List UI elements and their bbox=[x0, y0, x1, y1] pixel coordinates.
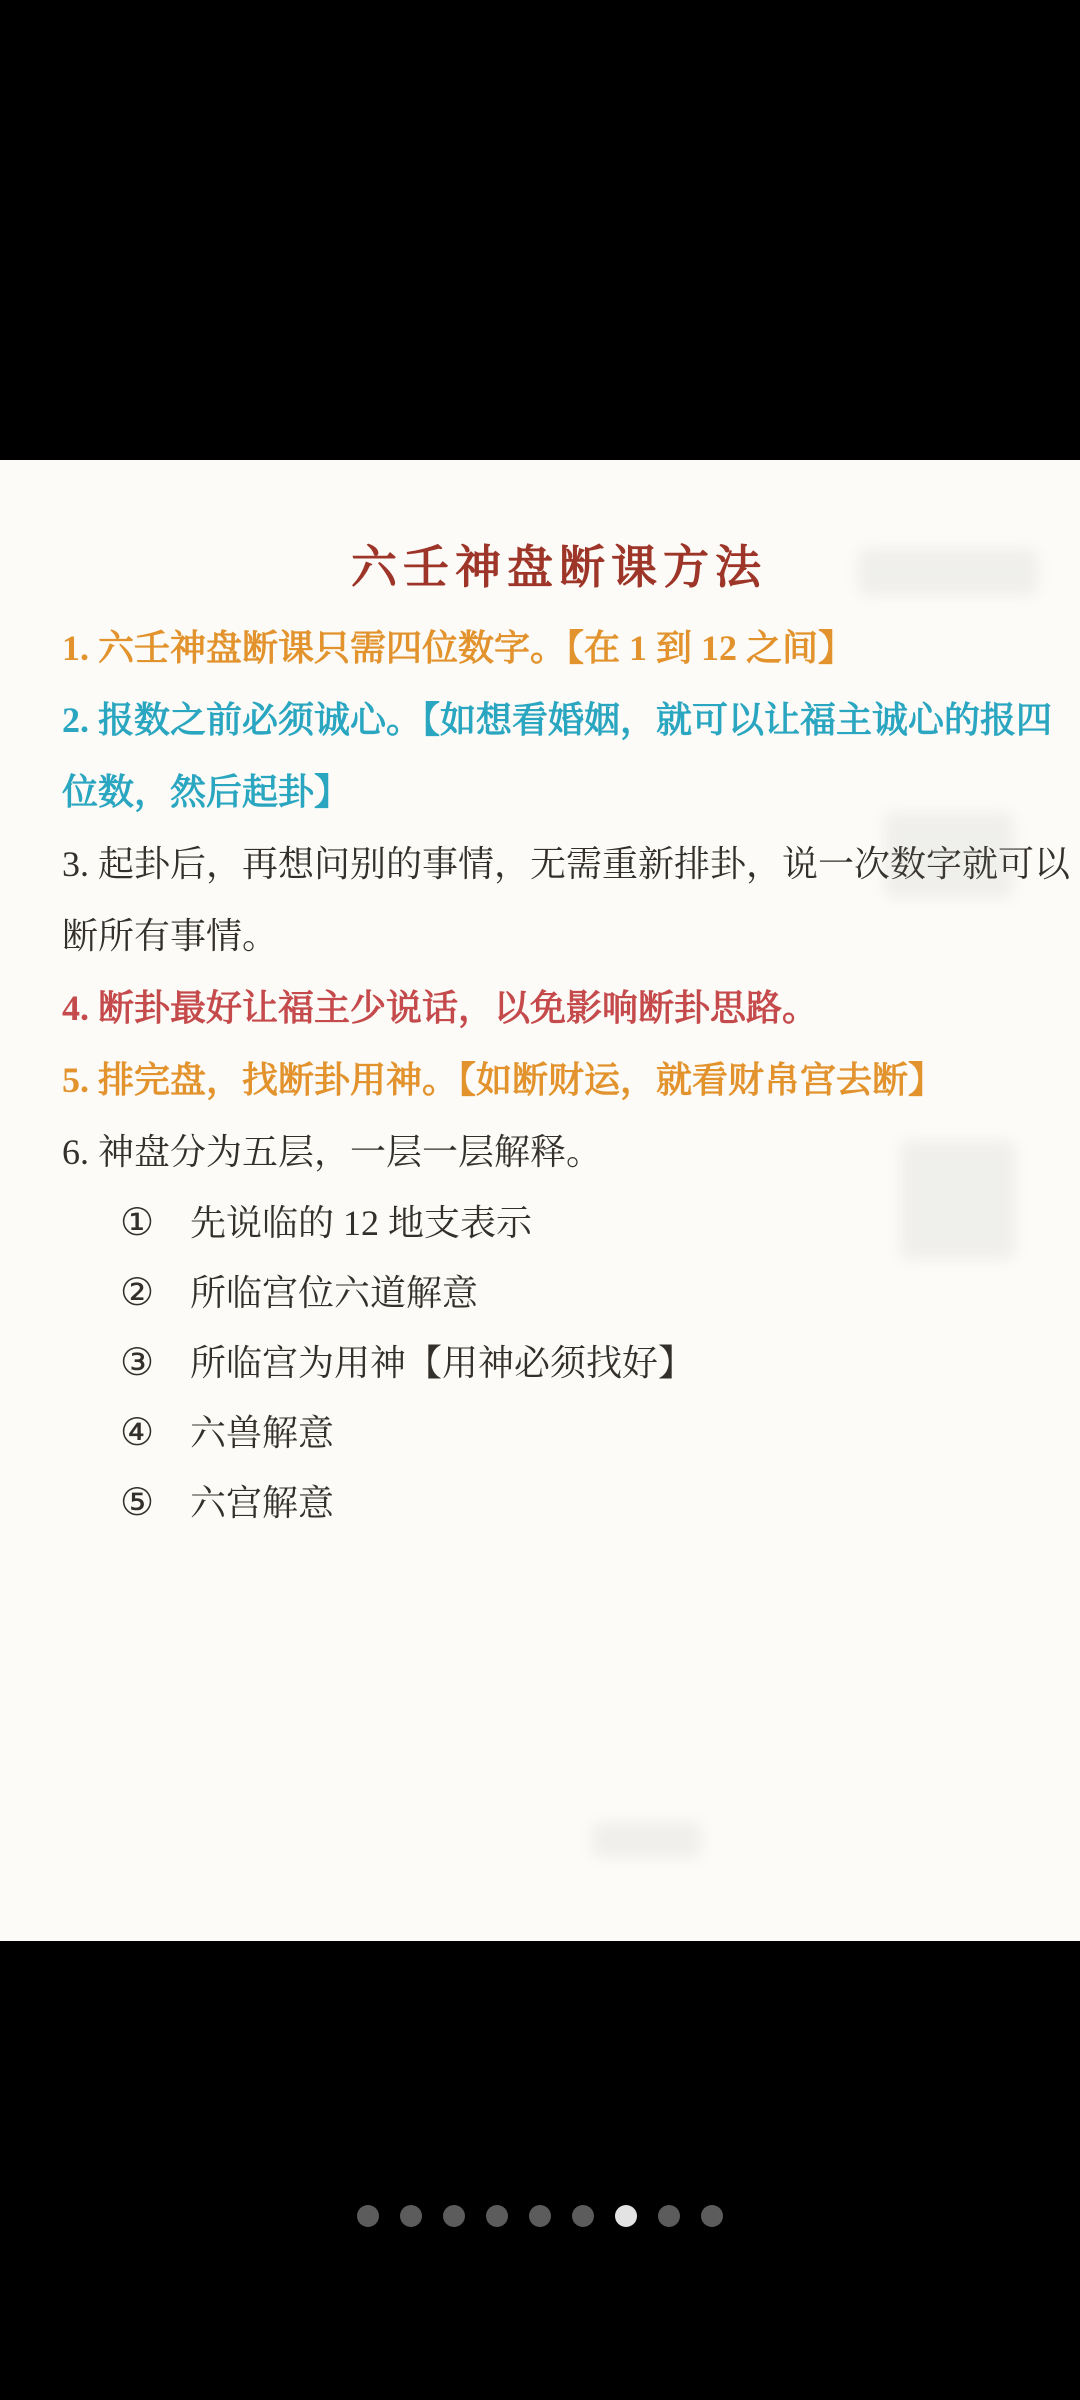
page-bleed-artifact bbox=[592, 1822, 702, 1858]
pagination-dot[interactable] bbox=[529, 2205, 551, 2227]
list-item-2: 2. 报数之前必须诚心。【如想看婚姻，就可以让福主诚心的报四 位数，然后起卦】 bbox=[62, 684, 1056, 828]
list-item-3-line-1: 3. 起卦后，再想问别的事情，无需重新排卦，说一次数字就可以 bbox=[62, 828, 1056, 900]
pagination-dot[interactable] bbox=[658, 2205, 680, 2227]
sub-item-4-text: 六兽解意 bbox=[190, 1398, 334, 1468]
pagination-dots bbox=[0, 2205, 1080, 2227]
pagination-dot[interactable] bbox=[486, 2205, 508, 2227]
sub-item-2-text: 所临宫位六道解意 bbox=[190, 1258, 478, 1328]
pagination-dot[interactable] bbox=[400, 2205, 422, 2227]
list-item-2-line-1: 2. 报数之前必须诚心。【如想看婚姻，就可以让福主诚心的报四 bbox=[62, 684, 1056, 756]
circled-number-5-icon: ⑤ bbox=[120, 1468, 190, 1538]
list-item-3: 3. 起卦后，再想问别的事情，无需重新排卦，说一次数字就可以 断所有事情。 bbox=[62, 828, 1056, 972]
pagination-dot[interactable] bbox=[443, 2205, 465, 2227]
sub-item-2: ② 所临宫位六道解意 bbox=[62, 1258, 1056, 1328]
sub-item-1-text: 先说临的 12 地支表示 bbox=[190, 1188, 532, 1258]
image-viewer-screen: 六壬神盘断课方法 1. 六壬神盘断课只需四位数字。【在 1 到 12 之间】 2… bbox=[0, 0, 1080, 2400]
list-item-3-line-2: 断所有事情。 bbox=[62, 900, 1056, 972]
circled-number-3-icon: ③ bbox=[120, 1328, 190, 1398]
list-item-1: 1. 六壬神盘断课只需四位数字。【在 1 到 12 之间】 bbox=[62, 612, 1056, 684]
sub-item-3: ③ 所临宫为用神【用神必须找好】 bbox=[62, 1328, 1056, 1398]
sub-item-5: ⑤ 六宫解意 bbox=[62, 1468, 1056, 1538]
document-page-image[interactable]: 六壬神盘断课方法 1. 六壬神盘断课只需四位数字。【在 1 到 12 之间】 2… bbox=[0, 460, 1080, 1941]
list-item-6: 6. 神盘分为五层，一层一层解释。 bbox=[62, 1116, 1056, 1188]
sub-item-5-text: 六宫解意 bbox=[190, 1468, 334, 1538]
pagination-dot[interactable] bbox=[572, 2205, 594, 2227]
circled-number-4-icon: ④ bbox=[120, 1398, 190, 1468]
sub-item-3-text: 所临宫为用神【用神必须找好】 bbox=[190, 1328, 694, 1398]
list-item-5: 5. 排完盘，找断卦用神。【如断财运，就看财帛宫去断】 bbox=[62, 1044, 1056, 1116]
list-item-4: 4. 断卦最好让福主少说话，以免影响断卦思路。 bbox=[62, 972, 1056, 1044]
sub-item-4: ④ 六兽解意 bbox=[62, 1398, 1056, 1468]
sub-item-list: ① 先说临的 12 地支表示 ② 所临宫位六道解意 ③ 所临宫为用神【用神必须找… bbox=[62, 1188, 1056, 1538]
pagination-dot-active[interactable] bbox=[615, 2205, 637, 2227]
page-title: 六壬神盘断课方法 bbox=[62, 540, 1056, 596]
pagination-dot[interactable] bbox=[701, 2205, 723, 2227]
list-item-2-line-2: 位数，然后起卦】 bbox=[62, 756, 1056, 828]
pagination-dot[interactable] bbox=[357, 2205, 379, 2227]
circled-number-1-icon: ① bbox=[120, 1188, 190, 1258]
circled-number-2-icon: ② bbox=[120, 1258, 190, 1328]
sub-item-1: ① 先说临的 12 地支表示 bbox=[62, 1188, 1056, 1258]
